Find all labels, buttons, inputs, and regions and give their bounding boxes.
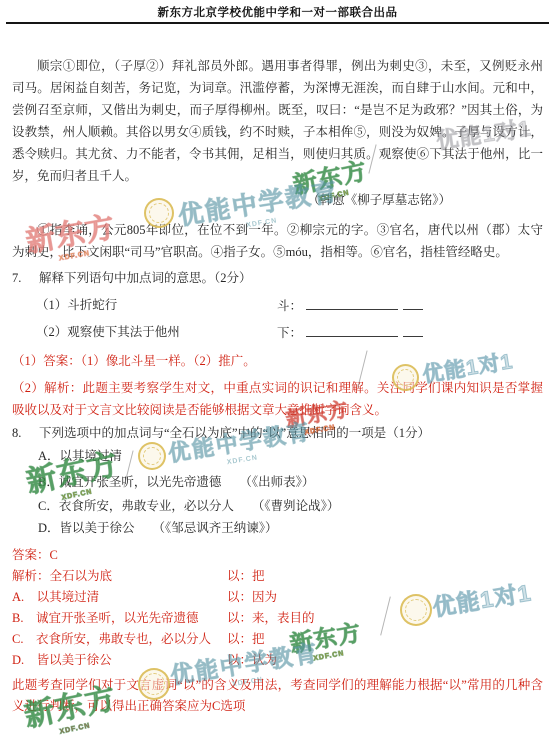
question-8-analysis-row: D. 皆以美于徐公以：认为 [12, 650, 543, 671]
question-7-item-2-text: （2）观察使下其法于他州 [36, 325, 180, 339]
page-header-title: 新东方北京学校优能中学和一对一部联合出品 [30, 4, 525, 20]
passage-citation: （韩愈《柳子厚墓志铭》） [12, 189, 451, 211]
analysis-meaning: 以：因为 [227, 587, 543, 608]
question-7-analysis: （2）解析：此题主要考察学生对文，中重点实词的识记和理解。关注同学们课内知识是否… [12, 377, 543, 421]
analysis-meaning: 以：把 [227, 566, 543, 587]
question-8-option-c: C．衣食所安，弗敢专业，必以分人（《曹刿论战》） [12, 495, 543, 517]
header-divider [6, 22, 549, 24]
answer-blank-line [306, 294, 398, 310]
question-8-number: 8. [12, 422, 39, 444]
answer-blank-line [306, 321, 398, 337]
analysis-phrase: C. 衣食所安，弗敢专也，必以分人 [12, 629, 227, 650]
question-7-number: 7. [12, 267, 39, 289]
question-7-item-1: （1）斗折蛇行 斗： [12, 294, 543, 316]
question-8-stem: 8.下列选项中的加点词与“全石以为底”中的“以”意思相同的一项是（1分） [12, 422, 543, 444]
blank-label: 下： [277, 326, 302, 340]
question-7-item-2: （2）观察使下其法于他州 下： [12, 321, 543, 343]
question-8-option-b: B．诚宜开张圣听，以光先帝遗德（《出师表》） [12, 471, 543, 493]
question-7-text: 解释下列语句中加点词的意思。（2分） [39, 271, 252, 285]
answer-blank-line [403, 294, 423, 310]
question-8-analysis-row: A. 以其境过清以：因为 [12, 587, 543, 608]
question-7-item-1-blank: 斗： [277, 294, 423, 317]
analysis-phrase: B. 诚宜开张圣听，以光先帝遗德 [12, 608, 227, 629]
blank-label: 斗： [277, 299, 302, 313]
question-8-text: 下列选项中的加点词与“全石以为底”中的“以”意思相同的一项是（1分） [39, 426, 430, 440]
option-d-source: （《邹忌讽齐王纳谏》） [153, 521, 278, 535]
question-7-item-1-text: （1）斗折蛇行 [36, 298, 117, 312]
question-8-analysis-row: B. 诚宜开张圣听，以光先帝遗德以：来，表目的 [12, 608, 543, 629]
analysis-phrase: 解析：全石以为底 [12, 566, 227, 587]
exam-answer-sheet-page: 新东方北京学校优能中学和一对一部联合出品 顺宗①即位，（子厚②）拜礼部员外郎。遇… [0, 4, 555, 737]
question-8-analysis-row: C. 衣食所安，弗敢专也，必以分人以：把 [12, 629, 543, 650]
analysis-meaning: 以：把 [227, 629, 543, 650]
option-d-text: D．皆以美于徐公 [38, 521, 135, 535]
question-8-option-a: A．以其境过清 [12, 445, 543, 467]
question-8-option-d: D．皆以美于徐公（《邹忌讽齐王纳谏》） [12, 517, 543, 539]
question-8-conclusion: 此题考查同学们对于文言虚词“以”的含义及用法，考查同学们的理解能力根据“以”常用… [12, 675, 543, 717]
analysis-meaning: 以：来，表目的 [227, 608, 543, 629]
question-8-answer: 答案：C [12, 544, 543, 566]
question-7-stem: 7.解释下列语句中加点词的意思。（2分） [12, 267, 543, 289]
option-c-source: （《曹刿论战》） [252, 499, 340, 513]
watermark-xdf-domain: XDF.CN [29, 716, 121, 737]
answer-blank-line [403, 321, 423, 337]
question-8-analysis-row: 解析：全石以为底以：把 [12, 566, 543, 587]
option-c-text: C．衣食所安，弗敢专业，必以分人 [38, 499, 234, 513]
option-b-source: （《出师表》） [239, 475, 314, 489]
question-7-item-2-blank: 下： [277, 321, 423, 344]
analysis-phrase: A. 以其境过清 [12, 587, 227, 608]
passage-footnotes: ①指李诵，公元805年即位，在位不到一年。②柳宗元的字。③官名，唐代以州（郡）太… [12, 219, 543, 263]
document-content: 顺宗①即位，（子厚②）拜礼部员外郎。遇用事者得罪，例出为刺史③，未至，又例贬永州… [12, 55, 543, 717]
option-a-text: A．以其境过清 [38, 449, 122, 463]
analysis-meaning: 以：认为 [227, 650, 543, 671]
analysis-phrase: D. 皆以美于徐公 [12, 650, 227, 671]
classical-passage: 顺宗①即位，（子厚②）拜礼部员外郎。遇用事者得罪，例出为刺史③，未至，又例贬永州… [12, 55, 543, 187]
option-b-text: B．诚宜开张圣听，以光先帝遗德 [38, 475, 221, 489]
question-7-answer: （1）答案：（1）像北斗星一样。（2）推广。 [12, 350, 543, 372]
